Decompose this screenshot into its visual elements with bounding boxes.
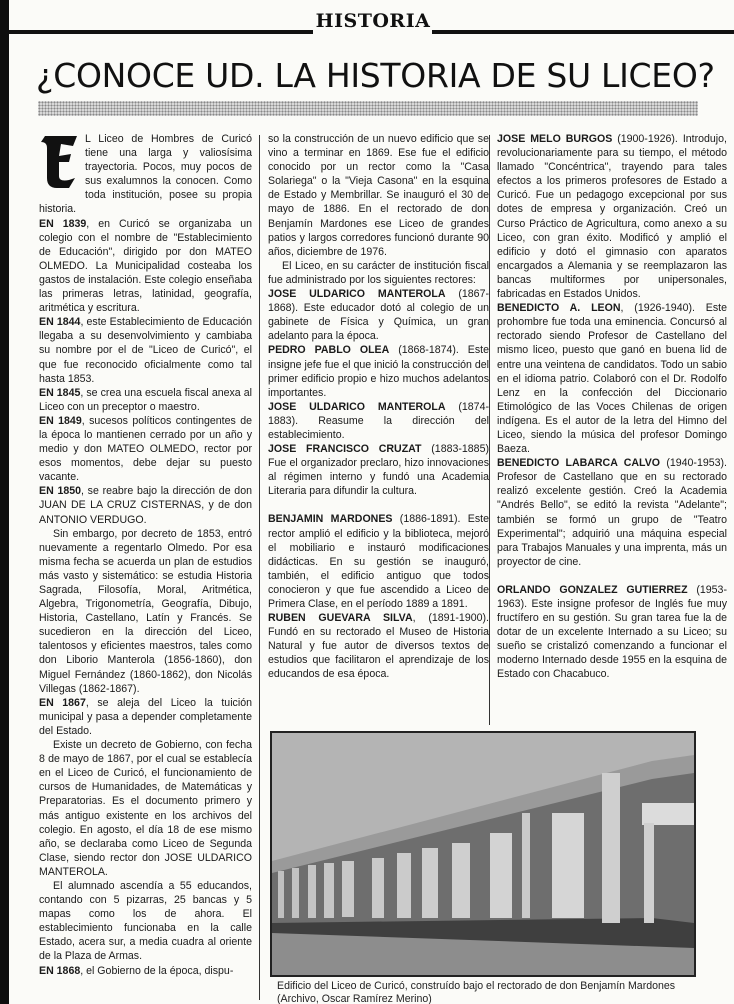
year-lead: EN 1849 (39, 415, 82, 427)
drop-cap: E (39, 134, 79, 190)
year-lead: EN 1868 (39, 965, 80, 977)
photo-caption: Edificio del Liceo de Curicó, construído… (277, 980, 707, 1004)
rector-name: RUBEN GUEVARA SILVA (268, 612, 413, 624)
article-title: ¿CONOCE UD. LA HISTORIA DE SU LICEO? (36, 56, 726, 95)
rector-entry: BENEDICTO LABARCA CALVO (1940-1953). Pro… (497, 456, 727, 569)
rector-name: JOSE MELO BURGOS (497, 133, 612, 145)
paragraph-text: Sin embargo, por decreto de 1853, entró … (39, 527, 252, 696)
rector-text: (1953-1963). Este insigne profesor de In… (497, 584, 727, 681)
rector-name: BENEDICTO LABARCA CALVO (497, 457, 660, 469)
year-lead: EN 1845 (39, 387, 80, 399)
rector-text: (1886-1891). Este rector amplió el edifi… (268, 513, 489, 610)
paragraph-text: Existe un decreto de Gobierno, con fecha… (39, 738, 252, 879)
drop-cap-e-icon (39, 134, 79, 190)
paragraph-text: , en Curicó se organizaba un colegio con… (39, 218, 252, 315)
rector-name: JOSE FRANCISCO CRUZAT (268, 443, 422, 455)
building-photo (270, 731, 696, 977)
rector-entry: ORLANDO GONZALEZ GUTIERREZ (1953-1963). … (497, 583, 727, 682)
rector-name: BENJAMIN MARDONES (268, 513, 392, 525)
article-column-2: so la construcción de un nuevo edificio … (268, 132, 489, 682)
scan-edge (0, 0, 9, 1004)
liceo-building-image (272, 733, 694, 975)
rector-entry: BENEDICTO A. LEON, (1926-1940). Este pro… (497, 301, 727, 456)
header-rule (9, 30, 313, 34)
paragraph-text: El alumnado ascendía a 55 educandos, con… (39, 879, 252, 964)
title-underline-band (38, 101, 698, 116)
column-divider (489, 135, 490, 725)
year-lead: EN 1850 (39, 485, 81, 497)
article-column-3: JOSE MELO BURGOS (1900-1926). Introdujo,… (497, 132, 727, 682)
rector-entry: BENJAMIN MARDONES (1886-1891). Este rect… (268, 512, 489, 611)
section-label: HISTORIA (312, 10, 434, 32)
rector-text: (1940-1953). Profesor de Castellano que … (497, 457, 727, 568)
paragraph-text: so la construcción de un nuevo edificio … (268, 132, 489, 259)
rector-entry: JOSE FRANCISCO CRUZAT (1883-1885) Fue el… (268, 442, 489, 498)
rector-entry: JOSE ULDARICO MANTEROLA (1867-1868). Est… (268, 287, 489, 343)
rector-text: , (1926-1940). Este prohombre fue toda u… (497, 302, 727, 455)
rector-name: PEDRO PABLO OLEA (268, 344, 389, 356)
rector-name: ORLANDO GONZALEZ GUTIERREZ (497, 584, 688, 596)
year-lead: EN 1839 (39, 218, 86, 230)
rector-entry: JOSE ULDARICO MANTEROLA (1874-1883). Rea… (268, 400, 489, 442)
rector-text: (1900-1926). Introdujo, revolucionariame… (497, 133, 727, 300)
rector-entry: RUBEN GUEVARA SILVA, (1891-1900). Fundó … (268, 611, 489, 681)
paragraph-text: El Liceo, en su carácter de institución … (268, 259, 489, 287)
rector-name: JOSE ULDARICO MANTEROLA (268, 401, 446, 413)
year-lead: EN 1844 (39, 316, 80, 328)
paragraph-text: , el Gobierno de la época, dispu- (80, 965, 233, 977)
rector-name: JOSE ULDARICO MANTEROLA (268, 288, 446, 300)
header-rule (432, 30, 734, 34)
rector-entry: PEDRO PABLO OLEA (1868-1874). Este insig… (268, 343, 489, 399)
column-divider (259, 135, 260, 1000)
rector-entry: JOSE MELO BURGOS (1900-1926). Introdujo,… (497, 132, 727, 301)
rector-name: BENEDICTO A. LEON (497, 302, 621, 314)
article-column-1: E L Liceo de Hombres de Curicó tiene una… (39, 132, 252, 978)
year-lead: EN 1867 (39, 697, 86, 709)
